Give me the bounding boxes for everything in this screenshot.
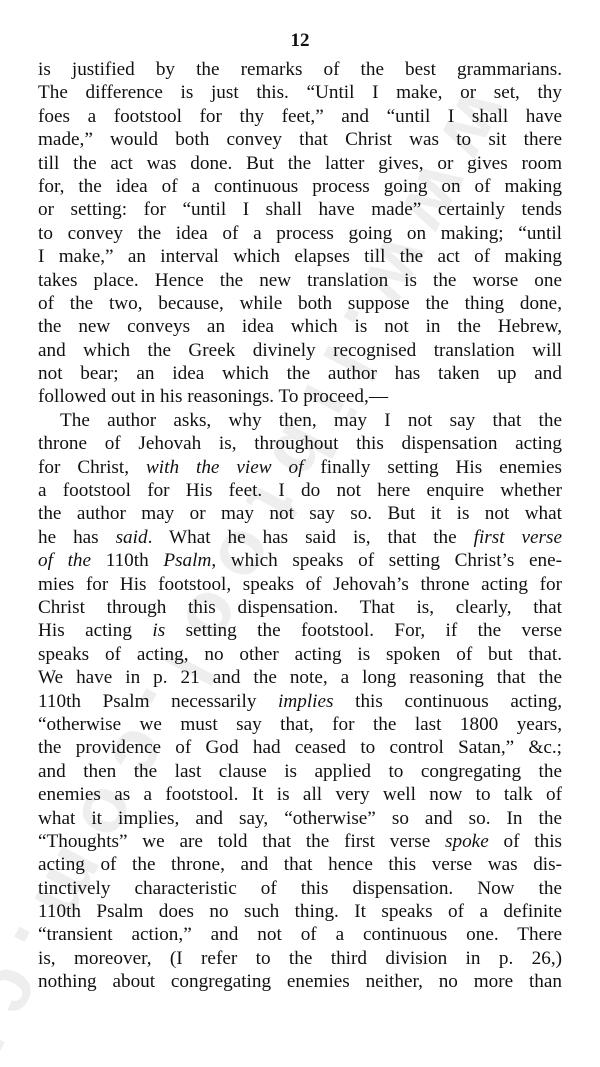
italic-text: is	[152, 620, 165, 641]
text-run: he has	[38, 527, 116, 548]
text-run: 110th	[91, 550, 163, 571]
text-run: We have in p. 21 and the note, a long re…	[38, 667, 562, 688]
text-run: His acting	[38, 620, 152, 641]
italic-text: said	[116, 527, 148, 548]
text-run: takes place. Hence the new translation i…	[38, 270, 562, 291]
text-line: foes a footstool for thy feet,” and “unt…	[38, 105, 562, 128]
text-run: not bear; an idea which the author has t…	[38, 363, 562, 384]
text-line: he has said. What he has said is, that t…	[38, 526, 562, 549]
text-run: setting the footstool. For, if the verse	[165, 620, 562, 641]
text-line: I make,” an interval which elapses till …	[38, 245, 562, 268]
text-run: acting of the throne, and that hence thi…	[38, 854, 562, 875]
body-text: is justified by the remarks of the best …	[38, 58, 562, 994]
paragraph: is justified by the remarks of the best …	[38, 58, 562, 409]
text-line: is, moreover, (I refer to the third divi…	[38, 947, 562, 970]
italic-text: first verse	[474, 527, 562, 548]
text-line: acting of the throne, and that hence thi…	[38, 853, 562, 876]
text-run: to convey the idea of a process going on…	[38, 223, 562, 244]
text-run: and which the Greek divinely recognised …	[38, 340, 562, 361]
text-run: “Thoughts” we are told that the first ve…	[38, 831, 445, 852]
text-run: for, the idea of a continuous process go…	[38, 176, 562, 197]
text-line: mies for His footstool, speaks of Jehova…	[38, 573, 562, 596]
text-run: foes a footstool for thy feet,” and “unt…	[38, 106, 562, 127]
text-run: the providence of God had ceased to cont…	[38, 737, 562, 758]
text-run: a footstool for His feet. I do not here …	[38, 480, 562, 501]
text-line: throne of Jehovah is, throughout this di…	[38, 432, 562, 455]
text-line: till the act was done. But the latter gi…	[38, 152, 562, 175]
text-line: of the two, because, while both suppose …	[38, 292, 562, 315]
text-run: is justified by the remarks of the best …	[38, 59, 562, 80]
text-line: the new conveys an idea which is not in …	[38, 315, 562, 338]
text-line: or setting: for “until I shall have made…	[38, 198, 562, 221]
text-line: “Thoughts” we are told that the first ve…	[38, 830, 562, 853]
text-line: a footstool for His feet. I do not here …	[38, 479, 562, 502]
italic-text: of the	[38, 550, 91, 571]
text-line: The difference is just this. “Until I ma…	[38, 81, 562, 104]
text-line: speaks of acting, no other acting is spo…	[38, 643, 562, 666]
text-run: this continuous acting,	[333, 691, 562, 712]
text-run: I make,” an interval which elapses till …	[38, 246, 562, 267]
text-line: 110th Psalm does no such thing. It speak…	[38, 900, 562, 923]
text-run: speaks of acting, no other acting is spo…	[38, 644, 562, 665]
text-run: of this	[489, 831, 562, 852]
text-line: His acting is setting the footstool. For…	[38, 619, 562, 642]
text-run: or setting: for “until I shall have made…	[38, 199, 562, 220]
text-line: tinctively characteristic of this dispen…	[38, 877, 562, 900]
text-line: for Christ, with the view of finally set…	[38, 456, 562, 479]
text-line: of the 110th Psalm, which speaks of sett…	[38, 549, 562, 572]
text-run: 110th Psalm necessarily	[38, 691, 278, 712]
text-run: , which speaks of setting Christ’s ene-	[211, 550, 562, 571]
text-line: “transient action,” and not of a continu…	[38, 923, 562, 946]
text-run: is, moreover, (I refer to the third divi…	[38, 948, 562, 969]
text-line: nothing about congregating enemies neith…	[38, 970, 562, 993]
text-line: is justified by the remarks of the best …	[38, 58, 562, 81]
text-run: 110th Psalm does no such thing. It speak…	[38, 901, 562, 922]
text-run: mies for His footstool, speaks of Jehova…	[38, 574, 562, 595]
italic-text: implies	[278, 691, 333, 712]
text-line: to convey the idea of a process going on…	[38, 222, 562, 245]
text-run: the author may or may not say so. But it…	[38, 503, 562, 524]
text-line: and which the Greek divinely recognised …	[38, 339, 562, 362]
text-run: nothing about congregating enemies neith…	[38, 971, 562, 992]
text-run: Christ through this dispensation. That i…	[38, 597, 562, 618]
text-line: takes place. Hence the new translation i…	[38, 269, 562, 292]
text-run: and then the last clause is applied to c…	[38, 761, 562, 782]
text-run: The author asks, why then, may I not say…	[60, 410, 562, 431]
text-line: 110th Psalm necessarily implies this con…	[38, 690, 562, 713]
text-line: for, the idea of a continuous process go…	[38, 175, 562, 198]
text-line: We have in p. 21 and the note, a long re…	[38, 666, 562, 689]
text-run: finally setting His enemies	[303, 457, 562, 478]
text-line: enemies as a footstool. It is all very w…	[38, 783, 562, 806]
text-line: made,” would both convey that Christ was…	[38, 128, 562, 151]
text-line: the providence of God had ceased to cont…	[38, 736, 562, 759]
text-run: the new conveys an idea which is not in …	[38, 316, 562, 337]
paragraph: The author asks, why then, may I not say…	[38, 409, 562, 994]
text-run: what it implies, and say, “otherwise” so…	[38, 808, 562, 829]
text-run: for Christ,	[38, 457, 146, 478]
text-run: enemies as a footstool. It is all very w…	[38, 784, 562, 805]
italic-text: with the view of	[146, 457, 303, 478]
text-run: The difference is just this. “Until I ma…	[38, 82, 562, 103]
italic-text: spoke	[445, 831, 489, 852]
text-line: The author asks, why then, may I not say…	[38, 409, 562, 432]
text-line: Christ through this dispensation. That i…	[38, 596, 562, 619]
text-line: the author may or may not say so. But it…	[38, 502, 562, 525]
text-run: followed out in his reasonings. To proce…	[38, 386, 388, 407]
book-page: www.libtool.com.cn 12 is justified by th…	[0, 0, 600, 1067]
italic-text: Psalm	[163, 550, 211, 571]
text-line: “otherwise we must say that, for the las…	[38, 713, 562, 736]
text-run: . What he has said is, that the	[148, 527, 474, 548]
text-line: and then the last clause is applied to c…	[38, 760, 562, 783]
text-run: “otherwise we must say that, for the las…	[38, 714, 562, 735]
text-line: followed out in his reasonings. To proce…	[38, 385, 562, 408]
text-run: made,” would both convey that Christ was…	[38, 129, 562, 150]
text-run: “transient action,” and not of a continu…	[38, 924, 562, 945]
text-line: what it implies, and say, “otherwise” so…	[38, 807, 562, 830]
text-run: till the act was done. But the latter gi…	[38, 153, 562, 174]
page-number: 12	[0, 30, 600, 52]
text-run: throne of Jehovah is, throughout this di…	[38, 433, 562, 454]
text-run: of the two, because, while both suppose …	[38, 293, 562, 314]
text-run: tinctively characteristic of this dispen…	[38, 878, 562, 899]
text-line: not bear; an idea which the author has t…	[38, 362, 562, 385]
